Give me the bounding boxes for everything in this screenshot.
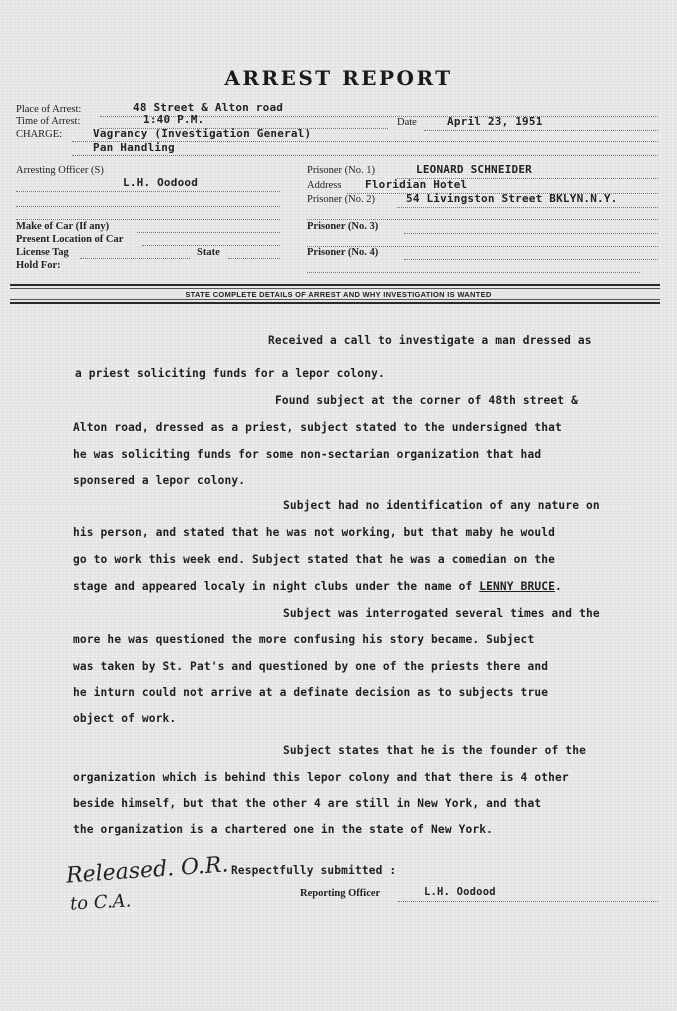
document-title: ARREST REPORT — [0, 66, 677, 90]
narrative-line: was taken by St. Pat's and questioned by… — [73, 660, 548, 673]
stage-name-suffix: . — [555, 580, 562, 593]
date-value: April 23, 1951 — [447, 115, 543, 128]
narrative-line: more he was questioned the more confusin… — [73, 633, 534, 646]
prisoner-2-label: Prisoner (No. 2) — [307, 194, 375, 205]
present-location-of-car-label: Present Location of Car — [16, 234, 123, 245]
arresting-officer-line-3 — [16, 219, 280, 220]
make-of-car-line — [137, 232, 280, 233]
arresting-officer-line-1 — [16, 191, 280, 192]
narrative-line: organization which is behind this lepor … — [73, 771, 569, 784]
prisoner-3-line — [404, 233, 658, 234]
narrative-line: sponsered a lepor colony. — [73, 474, 245, 487]
prisoner-2-line-extra — [307, 219, 658, 220]
state-label: State — [197, 247, 220, 258]
section-rule-top-inner — [10, 288, 660, 289]
prisoner-1-label: Prisoner (No. 1) — [307, 165, 375, 176]
prisoner-4-line-2 — [307, 272, 640, 273]
narrative-line: he was soliciting funds for some non-sec… — [73, 448, 541, 461]
arresting-officer-value: L.H. Oodood — [123, 176, 198, 189]
reporting-officer-value: L.H. Oodood — [424, 886, 496, 898]
arresting-officer-label: Arresting Officer (S) — [16, 165, 104, 176]
narrative-line: object of work. — [73, 712, 176, 725]
prisoner-2-line — [397, 207, 658, 208]
narrative-line: Subject was interrogated several times a… — [283, 607, 600, 620]
present-location-of-car-line — [142, 245, 280, 246]
narrative-text: stage and appeared localy in night clubs… — [73, 580, 479, 593]
arresting-officer-line-2 — [16, 206, 280, 207]
narrative-line: a priest soliciting funds for a lepor co… — [75, 367, 385, 380]
time-of-arrest-value: 1:40 P.M. — [143, 113, 204, 126]
prisoner-4-line — [404, 259, 658, 260]
closing-text: Respectfully submitted : — [231, 864, 396, 877]
time-of-arrest-label: Time of Arrest: — [16, 116, 80, 127]
date-line — [424, 130, 658, 131]
narrative-line: beside himself, but that the other 4 are… — [73, 797, 541, 810]
place-of-arrest-label: Place of Arrest: — [16, 104, 81, 115]
narrative-line: Received a call to investigate a man dre… — [268, 334, 592, 347]
state-line — [228, 258, 280, 259]
narrative-line: Subject had no identification of any nat… — [283, 499, 600, 512]
charge-value-2: Pan Handling — [93, 141, 175, 154]
section-rule-bottom — [10, 302, 660, 304]
prisoner-1-value: LEONARD SCHNEIDER — [416, 163, 532, 176]
prisoner-4-label: Prisoner (No. 4) — [307, 247, 378, 258]
narrative-line: he inturn could not arrive at a definate… — [73, 686, 548, 699]
section-header: STATE COMPLETE DETAILS OF ARREST AND WHY… — [0, 290, 677, 299]
narrative-line: Found subject at the corner of 48th stre… — [275, 394, 578, 407]
charge-label: CHARGE: — [16, 129, 62, 140]
charge-value-1: Vagrancy (Investigation General) — [93, 127, 311, 140]
narrative-line-with-name: stage and appeared localy in night clubs… — [73, 580, 562, 593]
reporting-officer-line — [398, 901, 658, 902]
narrative-line: the organization is a chartered one in t… — [73, 823, 493, 836]
prisoner-2-value: 54 Livingston Street BKLYN.N.Y. — [406, 192, 618, 205]
address-value: Floridian Hotel — [365, 178, 467, 191]
address-label: Address — [307, 180, 341, 191]
make-of-car-label: Make of Car (If any) — [16, 221, 109, 232]
narrative-line: his person, and stated that he was not w… — [73, 526, 555, 539]
hold-for-label: Hold For: — [16, 260, 61, 271]
narrative-line: go to work this week end. Subject stated… — [73, 553, 555, 566]
section-rule-top — [10, 284, 660, 286]
section-rule-bottom-inner — [10, 299, 660, 300]
stage-name: LENNY BRUCE — [479, 580, 555, 593]
prisoner-3-label: Prisoner (No. 3) — [307, 221, 378, 232]
license-tag-label: License Tag — [16, 247, 69, 258]
charge-line-2 — [72, 155, 658, 156]
reporting-officer-label: Reporting Officer — [300, 888, 380, 899]
handwritten-note-line-2: to C.A. — [69, 890, 131, 914]
date-label: Date — [397, 117, 417, 128]
narrative-line: Alton road, dressed as a priest, subject… — [73, 421, 562, 434]
handwritten-note-line-1: Released. O.R. — [65, 852, 229, 888]
arrest-report-page: ARREST REPORT Place of Arrest: 48 Street… — [0, 0, 677, 1011]
license-tag-line — [80, 258, 190, 259]
narrative-line: Subject states that he is the founder of… — [283, 744, 586, 757]
